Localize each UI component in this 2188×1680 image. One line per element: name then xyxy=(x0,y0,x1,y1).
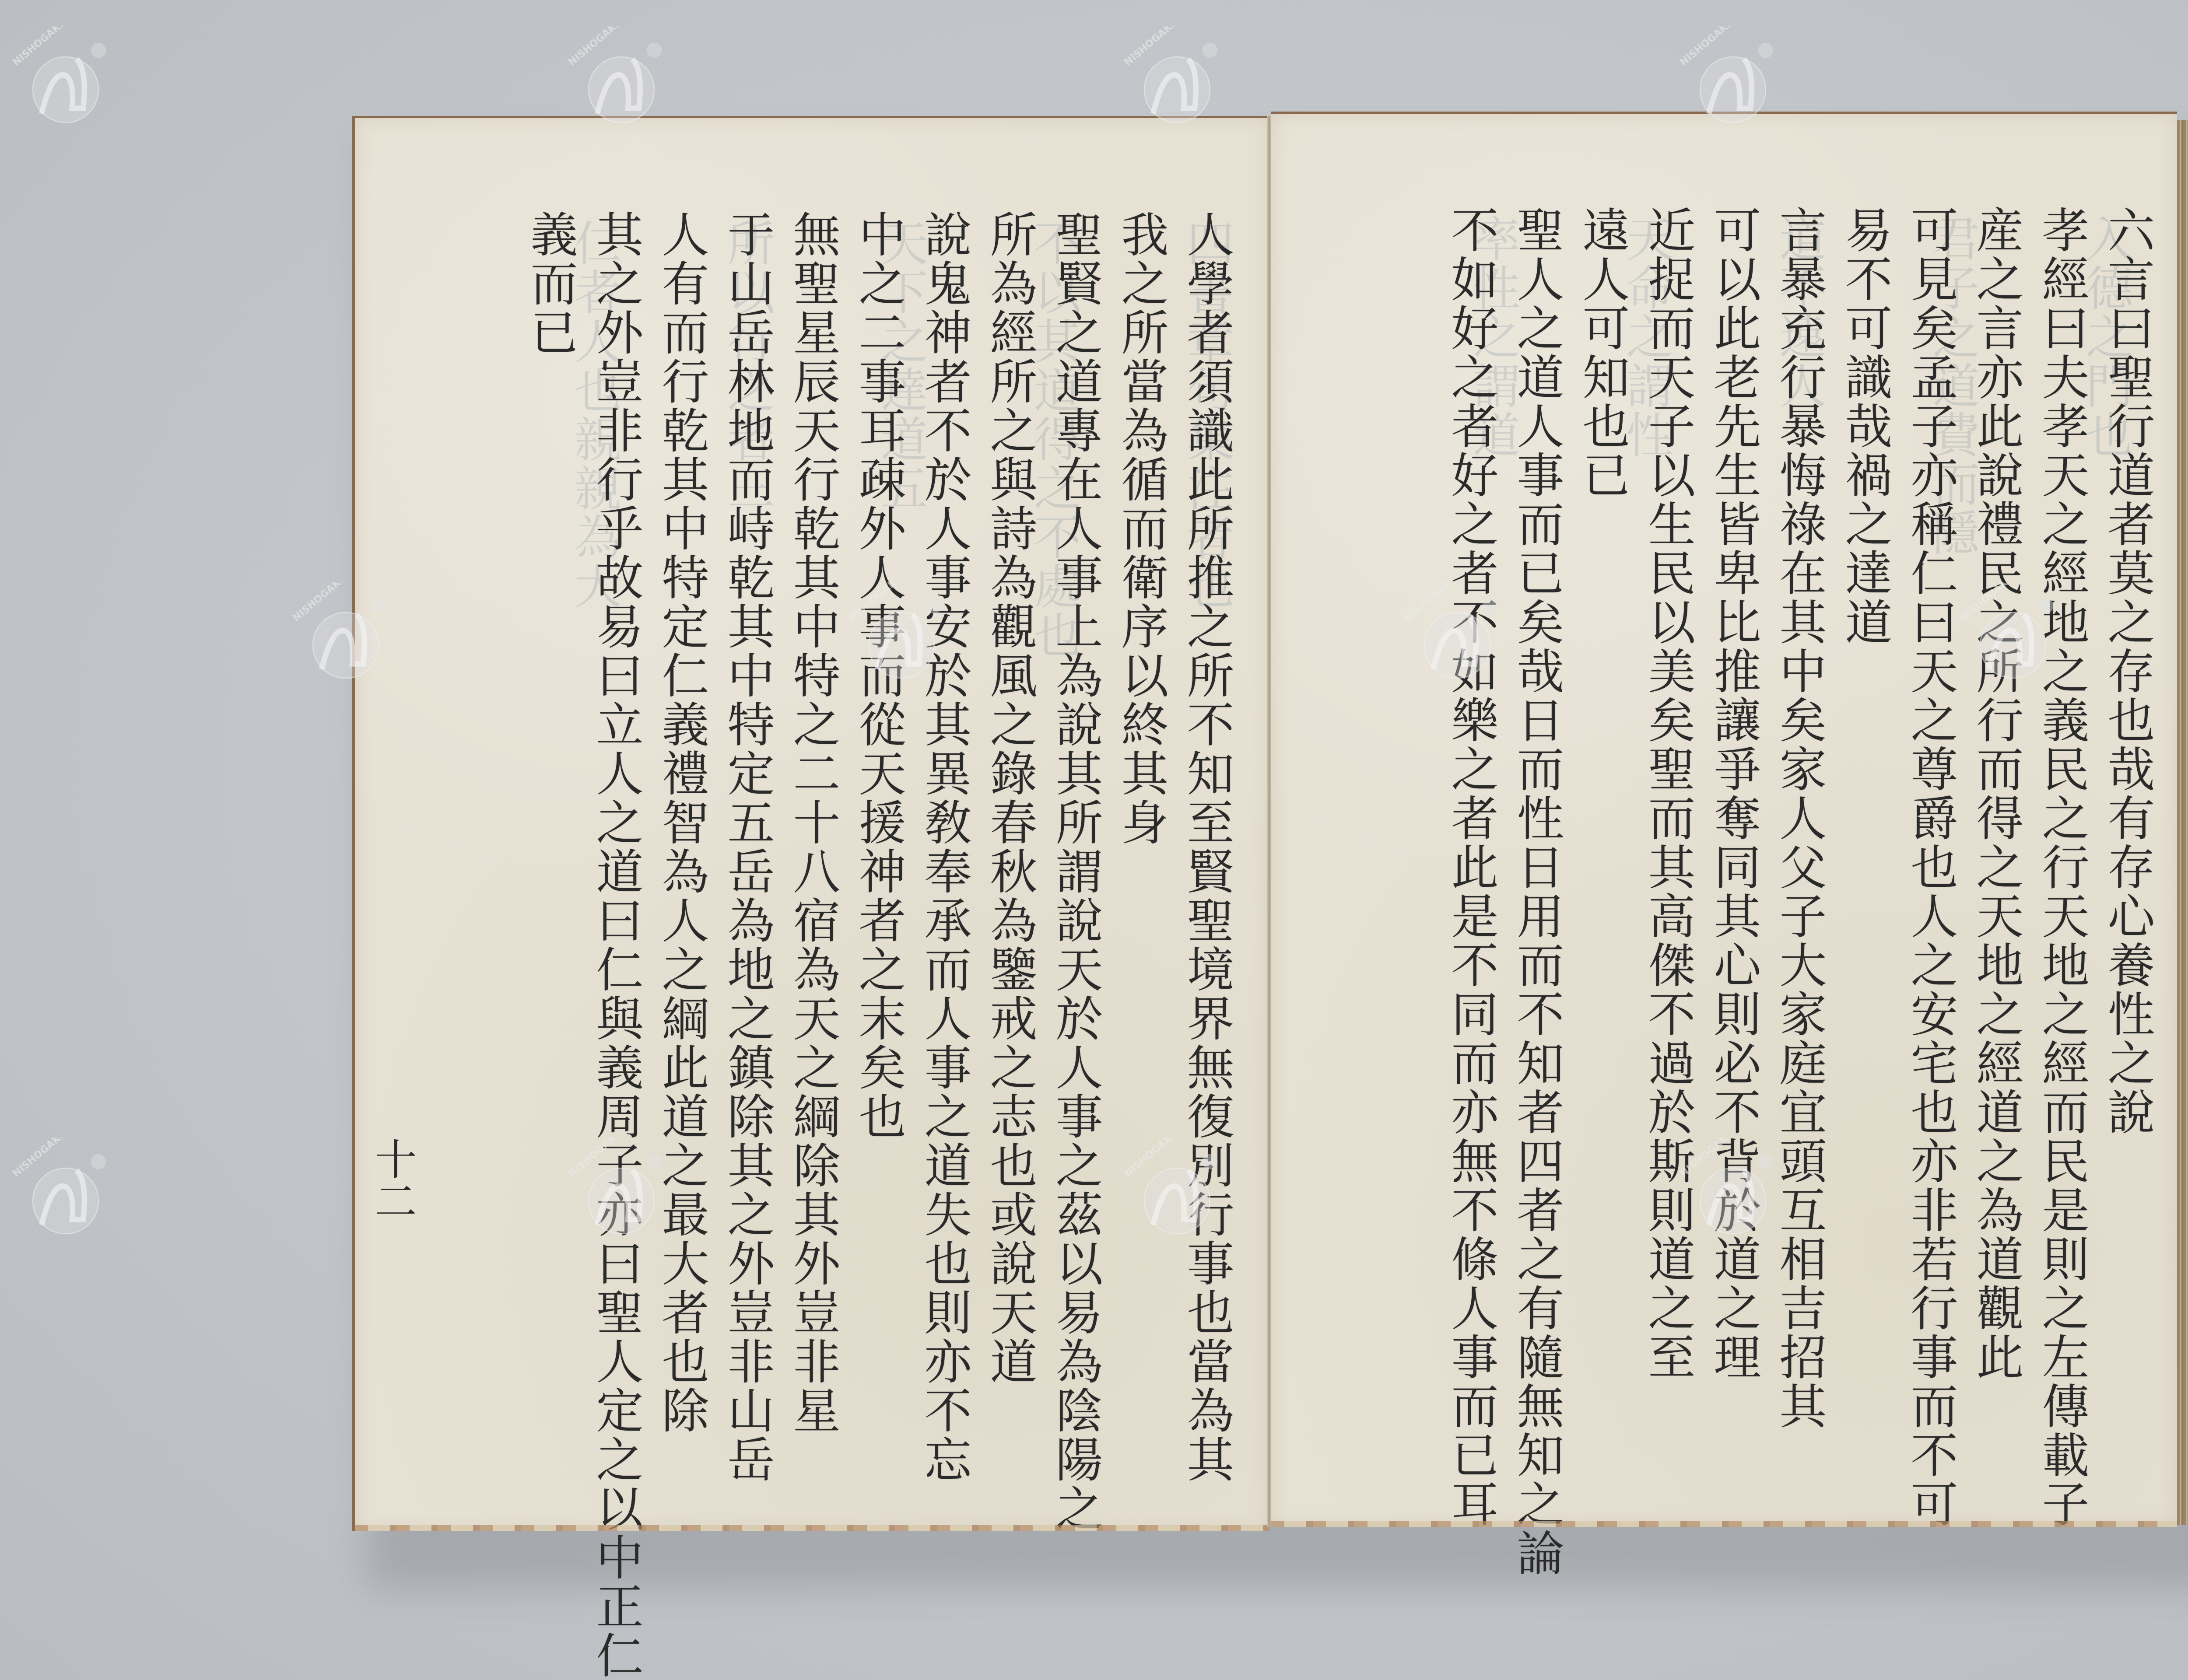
page-edge-wear xyxy=(355,1525,1269,1531)
page-stack-edge xyxy=(2177,120,2188,1525)
text-column: 我之所當為循而衛序以終其身 xyxy=(1108,210,1173,1680)
text-column: 聖人之道人事而已矣哉日而性日用而不知者四者之有隨無知之論 xyxy=(1503,206,1569,1578)
text-column: 其之外豈非行乎故易曰立人之道曰仁與義周子亦曰聖人定之以中正仁 xyxy=(582,210,648,1680)
text-column: 無聖星辰天行乾其中特之二十八宿為天之綱除其外豈非星 xyxy=(779,210,845,1680)
text-column: 中之二事耳疎外人事而從天援神者之末矣也 xyxy=(845,210,911,1680)
nishogakusha-watermark-icon: NISHOGAKUSHA xyxy=(9,1137,118,1247)
text-column: 遠人可知也已 xyxy=(1569,206,1634,1578)
text-column: 所為經所之與詩為觀風之錄春秋為鑒戒之志也或說天道 xyxy=(976,210,1042,1680)
photo-background: 四書章句集注者也 不以其道得之不處也 天下之達道五 所以行之者三 仁者人也親親為… xyxy=(0,0,2188,1680)
svg-text:NISHOGAKUSHA: NISHOGAKUSHA xyxy=(11,26,87,68)
page-edge-wear xyxy=(1271,1521,2177,1527)
text-column: 說鬼神者不於人事安於其異敎奉承而人事之道失也則亦不忘 xyxy=(911,210,976,1680)
left-page: 四書章句集注者也 不以其道得之不處也 天下之達道五 所以行之者三 仁者人也親親為… xyxy=(352,116,1269,1531)
page-number: 十二 xyxy=(363,1137,423,1221)
svg-text:NISHOGAKUSHA: NISHOGAKUSHA xyxy=(11,1137,87,1179)
text-column: 言暴充行暴悔祿在其中矣家人父子大家庭宜頭互相吉招其 xyxy=(1766,206,1831,1578)
text-column: 可以此老先生皆卑比推讓爭奪同其心則必不背於道之理 xyxy=(1700,206,1766,1578)
svg-text:NISHOGAKUSHA: NISHOGAKUSHA xyxy=(566,26,642,68)
text-column: 易不可識哉禍之達道 xyxy=(1831,206,1897,1578)
text-column: 義而已 xyxy=(517,210,582,1680)
open-book: 四書章句集注者也 不以其道得之不處也 天下之達道五 所以行之者三 仁者人也親親為… xyxy=(352,112,2188,1551)
svg-text:NISHOGAKUSHA: NISHOGAKUSHA xyxy=(1678,26,1754,68)
right-page: 入德之門也 君子之道費而隱 道不遠人 天命之謂性 率性之謂道 六言曰聖行道者莫之… xyxy=(1271,112,2177,1527)
text-column: 聖賢之道專在人事上為說其所謂說天於人事之茲以易為陰陽之 xyxy=(1042,210,1108,1680)
right-page-text: 六言曰聖行道者莫之存也哉有存心養性之說 孝經曰夫孝天之經地之義民之行天地之經而民… xyxy=(1319,206,2160,1578)
svg-text:NISHOGAKUSHA: NISHOGAKUSHA xyxy=(1122,26,1198,68)
text-column: 六言曰聖行道者莫之存也哉有存心養性之說 xyxy=(2094,206,2160,1578)
text-column: 孝經曰夫孝天之經地之義民之行天地之經而民是則之左傳載子 xyxy=(2028,206,2094,1578)
text-column: 人學者須識此所推之所不知至賢聖境界無復別行事也當為其 xyxy=(1173,210,1239,1680)
text-column: 于山岳林地而峙乾其中特定五岳為地之鎮除其之外豈非山岳 xyxy=(714,210,779,1680)
text-column: 産之言亦此說禮民之所行而得之天地之經道之為道觀此 xyxy=(1963,206,2028,1578)
text-column: 可見矣孟子亦稱仁曰天之尊爵也人之安宅也亦非若行事而不可 xyxy=(1897,206,1963,1578)
nishogakusha-watermark-icon: NISHOGAKUSHA xyxy=(9,26,118,136)
text-column: 近捉而天子以生民以美矣聖而其高傑不過於斯則道之至 xyxy=(1634,206,1700,1578)
text-column: 人有而行乾其中特定仁義禮智為人之綱此道之最大者也除 xyxy=(648,210,714,1680)
text-column: 不如好之者好之者不如樂之者此是不同而亦無不條人事而已耳 xyxy=(1438,206,1503,1578)
left-page-text: 人學者須識此所推之所不知至賢聖境界無復別行事也當為其 我之所當為循而衛序以終其身… xyxy=(407,210,1239,1680)
